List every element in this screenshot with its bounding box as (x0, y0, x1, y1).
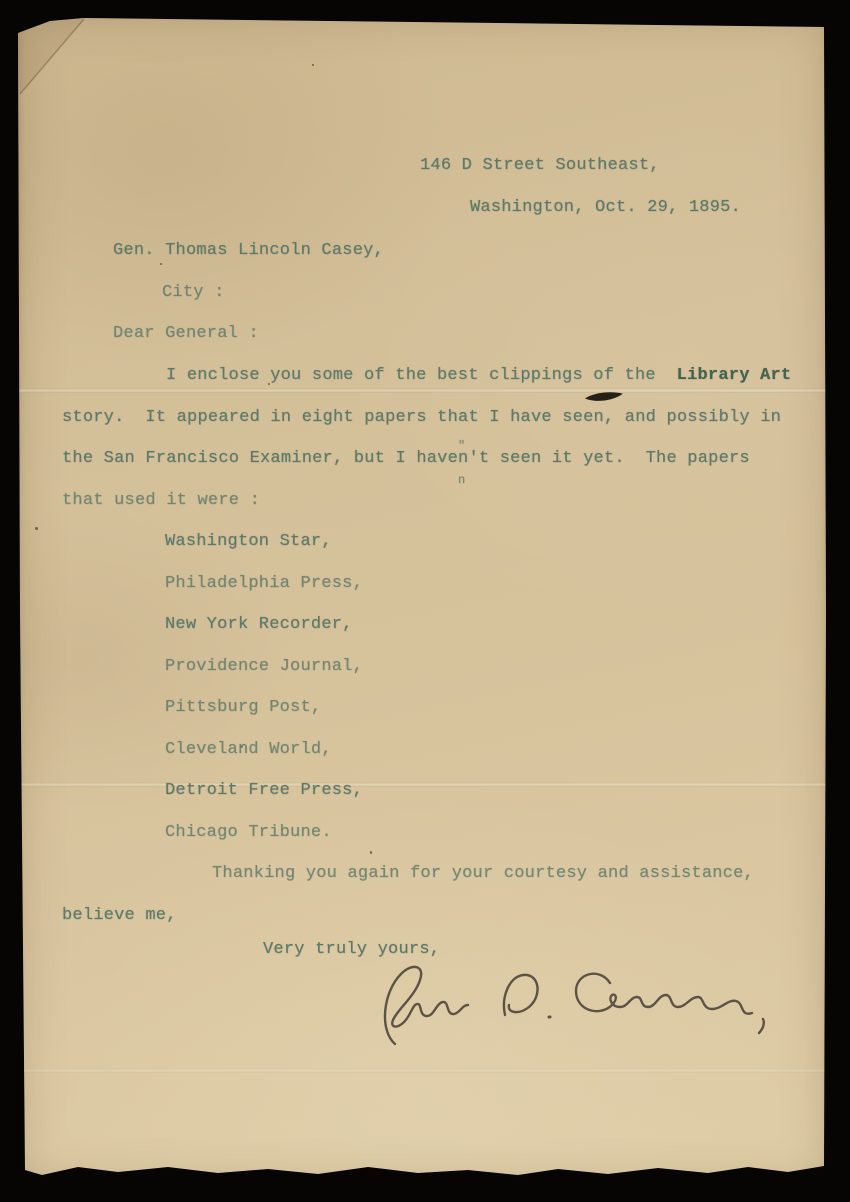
newspaper-item: Philadelphia Press, (165, 573, 363, 595)
photo-background: 146 D Street Southeast, Washington, Oct.… (0, 0, 850, 1202)
closing-line-2: believe me, (62, 905, 177, 927)
signature (365, 958, 775, 1048)
paper-speck (312, 64, 314, 66)
newspaper-item: Pittsburg Post, (165, 697, 321, 719)
paper-speck (35, 527, 38, 530)
newspaper-item: Chicago Tribune. (165, 822, 332, 844)
correction-char-below: n (458, 469, 465, 491)
salutation: Dear General : (113, 323, 259, 345)
newspaper-item: Washington Star, (165, 531, 332, 553)
closing-line-1: Thanking you again for your courtesy and… (212, 863, 754, 885)
ink-blot (584, 389, 627, 406)
recipient-city: City : (162, 282, 225, 304)
newspaper-item: New York Recorder, (165, 614, 353, 636)
letter-sheet: 146 D Street Southeast, Washington, Oct.… (18, 14, 828, 1186)
newspaper-item: Providence Journal, (165, 656, 363, 678)
corner-fold (18, 14, 118, 114)
correction-mark-above: ″ (458, 435, 465, 457)
fold-crease-middle (18, 782, 828, 787)
newspaper-item: Detroit Free Press, (165, 780, 363, 802)
newspaper-item: Cleveland World, (165, 739, 332, 761)
body-line-1: I enclose you some of the best clippings… (166, 365, 791, 387)
body-line-3: the San Francisco Examiner, but I haven'… (62, 448, 750, 470)
paper-speck (160, 263, 162, 265)
fold-crease-upper (18, 388, 828, 393)
sender-address: 146 D Street Southeast, (420, 155, 660, 177)
body-line-1-text: I enclose you some of the best clippings… (166, 366, 677, 385)
paper-speck (370, 851, 372, 854)
body-line-1-emphasis: Library Art (677, 366, 792, 385)
body-line-2: story. It appeared in eight papers that … (62, 407, 781, 429)
fold-crease-lower (18, 1068, 828, 1073)
date-line: Washington, Oct. 29, 1895. (470, 197, 741, 219)
recipient-name: Gen. Thomas Lincoln Casey, (113, 240, 384, 262)
body-line-4: that used it were : (62, 490, 260, 512)
